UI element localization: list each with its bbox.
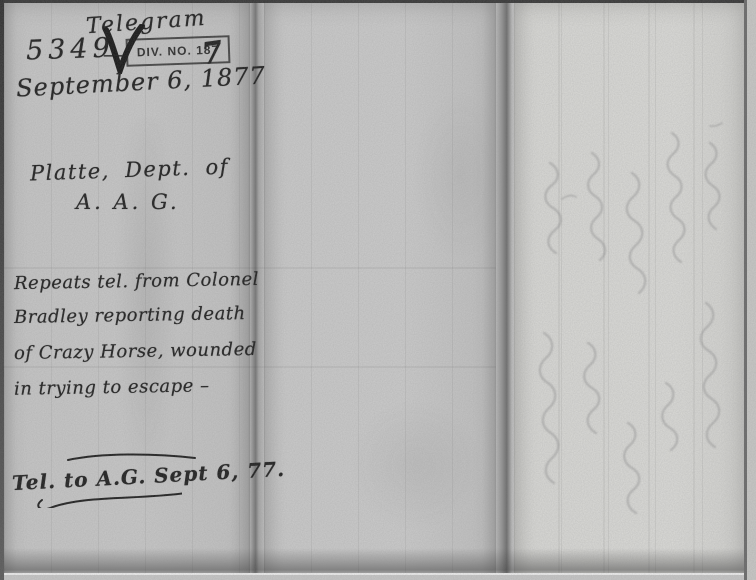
scan-top-edge	[0, 0, 756, 3]
bottom-edge-shadow	[4, 548, 744, 573]
summary-line-1: Repeats tel. from Colonel	[14, 269, 259, 294]
scan-right-margin	[747, 0, 756, 580]
scan-bottom-margin	[0, 575, 756, 580]
scan-left-edge	[0, 0, 4, 580]
scanned-document: Telegram 5349 — DIV. NO. 187 7 September…	[0, 0, 756, 580]
file-number: 5349	[25, 32, 115, 66]
summary-line-2: Bradley reporting death	[14, 303, 246, 328]
middle-leaf	[264, 3, 496, 574]
origin-line-2: A. A. G.	[76, 190, 180, 214]
summary-line-4: in trying to escape –	[14, 375, 210, 399]
dash-mark: —	[103, 42, 123, 66]
sheet-edge-crease	[494, 0, 516, 580]
right-leaf	[514, 3, 744, 574]
summary-line-3: of Crazy Horse, wounded	[14, 339, 257, 364]
